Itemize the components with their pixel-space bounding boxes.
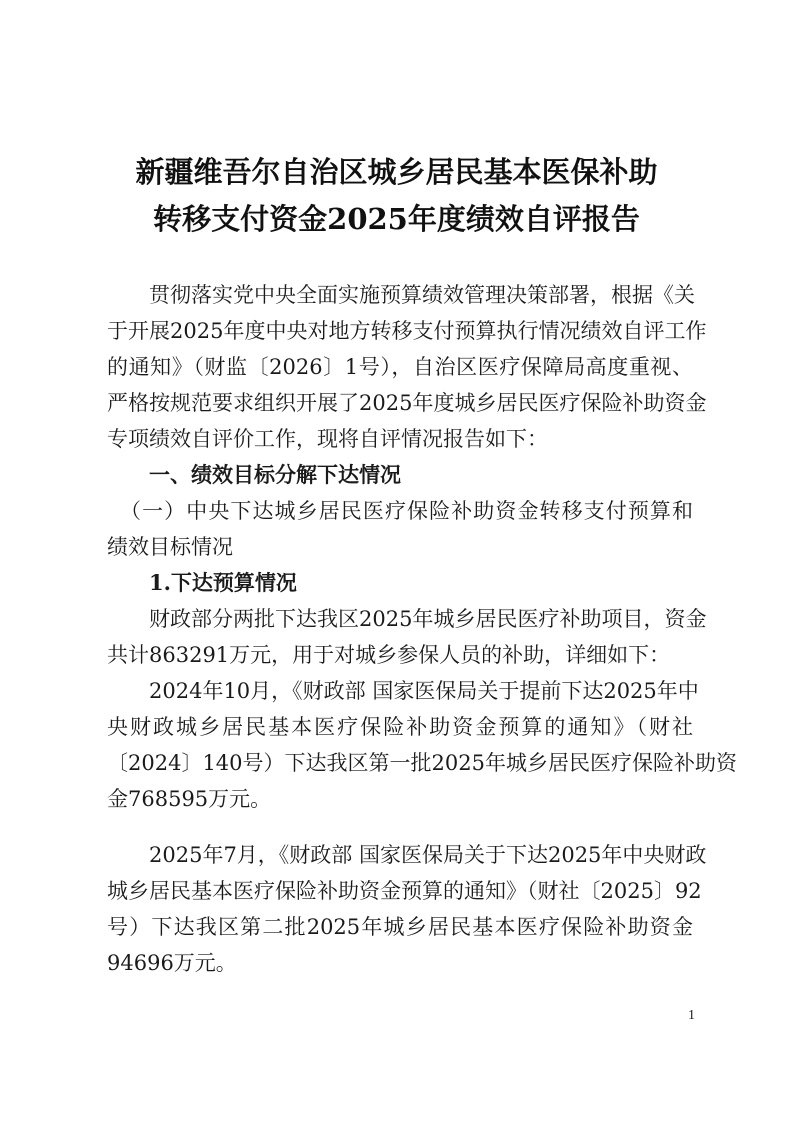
text-line: 共计863291万元，用于对城乡参保人员的补助，详细如下： bbox=[107, 639, 693, 669]
text-line: 央财政城乡居民基本医疗保险补助资金预算的通知》（财社 bbox=[107, 711, 693, 741]
text-line: 94696万元。 bbox=[107, 947, 693, 977]
page-number: 1 bbox=[688, 1008, 695, 1024]
document-title-line-1: 新疆维吾尔自治区城乡居民基本医保补助 bbox=[0, 150, 793, 191]
text-line: 于开展2025年度中央对地方转移支付预算执行情况绩效自评工作 bbox=[107, 315, 693, 345]
text-line: 金768595万元。 bbox=[107, 783, 693, 813]
text-line: 号）下达我区第二批2025年城乡居民基本医疗保险补助资金 bbox=[107, 911, 693, 941]
text-line: （一）中央下达城乡居民医疗保险补助资金转移支付预算和 bbox=[120, 495, 693, 525]
text-line: 的通知》（财监〔2026〕1号），自治区医疗保障局高度重视、 bbox=[107, 351, 693, 381]
document-title-line-2: 转移支付资金2025年度绩效自评报告 bbox=[0, 197, 793, 238]
text-line: 贯彻落实党中央全面实施预算绩效管理决策部署，根据《关 bbox=[149, 279, 693, 309]
text-line: 严格按规范要求组织开展了2025年度城乡居民医疗保险补助资金 bbox=[107, 387, 693, 417]
text-line: 财政部分两批下达我区2025年城乡居民医疗补助项目，资金 bbox=[149, 603, 693, 633]
text-line: 2024年10月，《财政部 国家医保局关于提前下达2025年中 bbox=[149, 675, 693, 705]
text-line: 专项绩效自评价工作，现将自评情况报告如下： bbox=[107, 423, 693, 453]
text-line: 城乡居民基本医疗保险补助资金预算的通知》（财社〔2025〕92 bbox=[107, 875, 693, 905]
text-line: 绩效目标情况 bbox=[107, 531, 693, 561]
text-line: 〔2024〕140号）下达我区第一批2025年城乡居民医疗保险补助资 bbox=[107, 747, 693, 777]
item-heading: 1.下达预算情况 bbox=[149, 567, 693, 597]
section-heading: 一、绩效目标分解下达情况 bbox=[149, 459, 693, 489]
text-line: 2025年7月，《财政部 国家医保局关于下达2025年中央财政 bbox=[149, 839, 693, 869]
